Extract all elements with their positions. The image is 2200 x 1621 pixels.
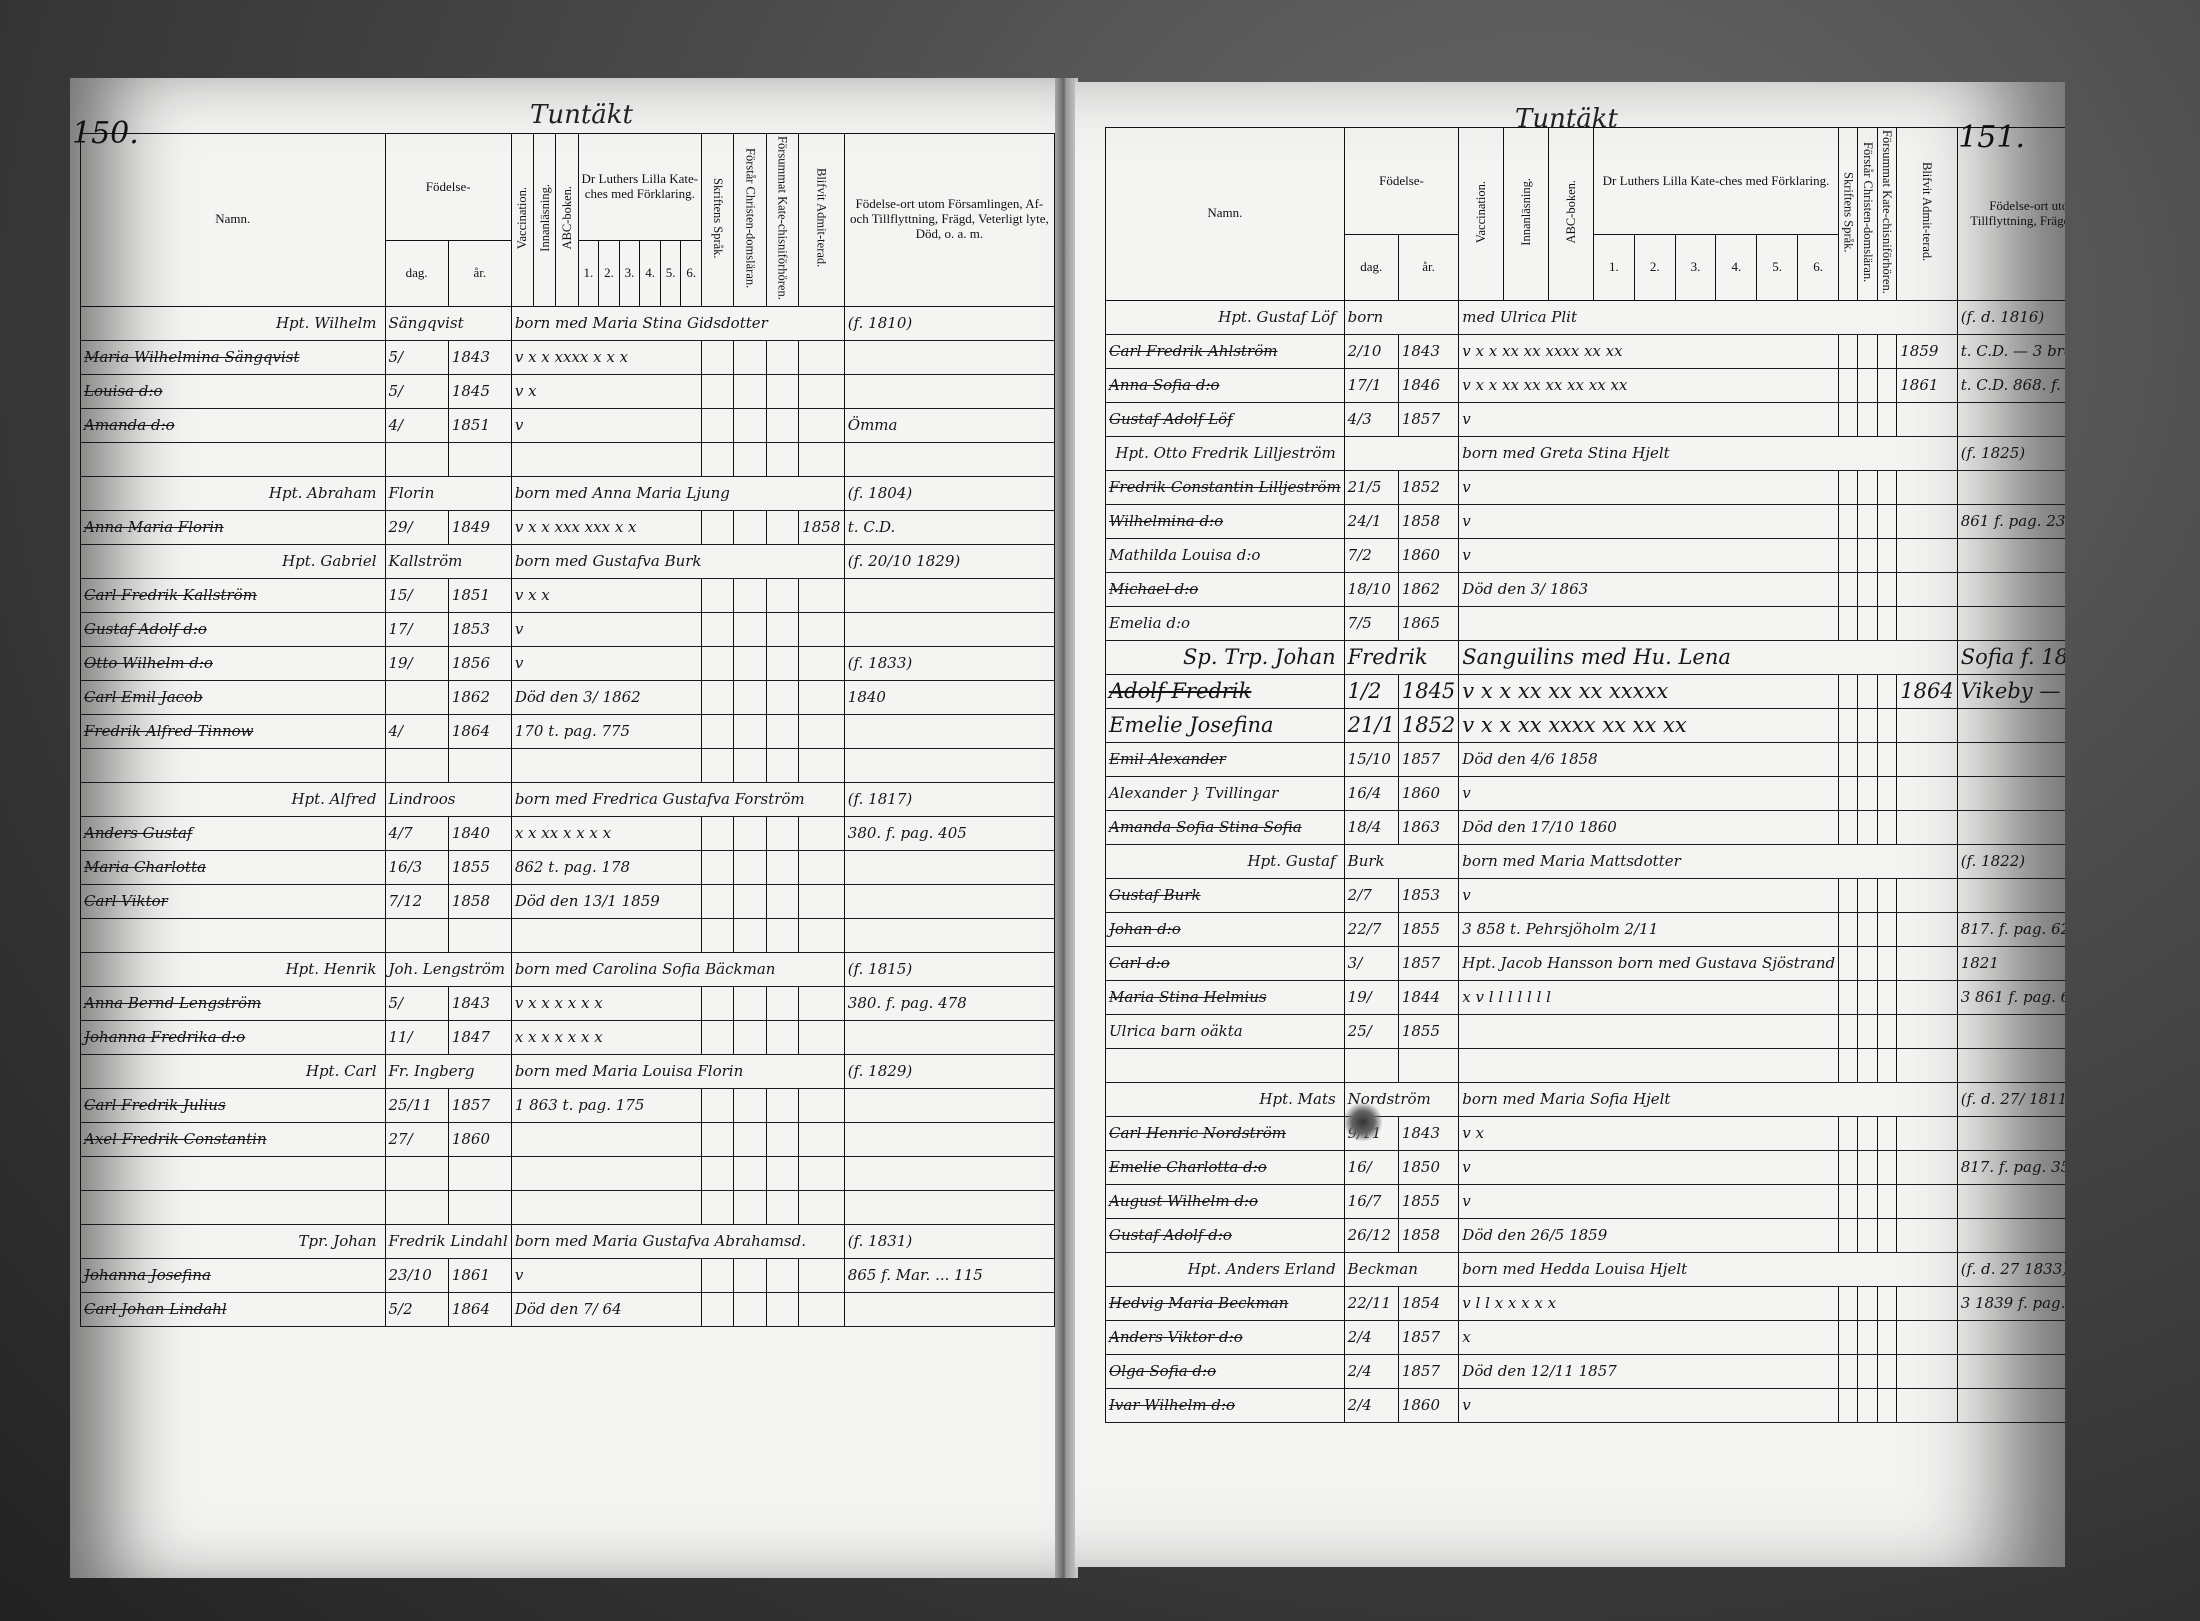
- marks-cell: v l l x x x x x: [1459, 1286, 1839, 1320]
- household-head-row: Hpt. AbrahamFlorinborn med Anna Maria Lj…: [81, 476, 1055, 510]
- skriftens-sprak-cell: [1839, 606, 1858, 640]
- remarks-cell: Sofia f. 18 6/2 22: [1957, 640, 2065, 674]
- birth-year-cell: 1855: [448, 850, 511, 884]
- name-cell: Anna Maria Florin: [81, 510, 386, 544]
- header-vaccination: Vaccination.: [1459, 128, 1504, 301]
- forsummat-cell: [1877, 572, 1896, 606]
- name-cell: Sp. Trp. Johan: [1106, 640, 1345, 674]
- forsummat-cell: [1877, 402, 1896, 436]
- marks-cell: v x x xx xxxx xx xx xx: [1459, 708, 1839, 742]
- birth-day-cell: 16/3: [385, 850, 448, 884]
- admitterad-cell: 1858: [799, 510, 845, 544]
- birth-year-cell: 1857: [1398, 742, 1458, 776]
- surname-cell: Lindroos: [385, 782, 511, 816]
- birth-year-cell: 1845: [448, 374, 511, 408]
- admitterad-cell: [1897, 742, 1957, 776]
- skriftens-sprak-cell: [702, 884, 734, 918]
- surname-cell: Burk: [1344, 844, 1459, 878]
- forstar-cell: [734, 408, 766, 442]
- name-cell: [81, 1156, 386, 1190]
- household-head-row: Hpt. HenrikJoh. Lengströmborn med Caroli…: [81, 952, 1055, 986]
- person-row: Gustaf Burk2/71853v: [1106, 878, 2066, 912]
- marks-cell: v x x: [511, 578, 701, 612]
- surname-cell: born: [1344, 300, 1459, 334]
- header-vaccination: Vaccination.: [511, 134, 533, 307]
- marks-cell: v x x xxxx x x x: [511, 340, 701, 374]
- birth-day-cell: 4/7: [385, 816, 448, 850]
- marriage-cell: born med Fredrica Gustafva Forström: [511, 782, 844, 816]
- admitterad-cell: [1897, 1354, 1957, 1388]
- blank-row: [1106, 1048, 2066, 1082]
- header-abc-boken: ABC-boken.: [1549, 128, 1594, 301]
- remarks-cell: 1821: [1957, 946, 2065, 980]
- admitterad-cell: [1897, 1048, 1957, 1082]
- forsummat-cell: [766, 1292, 798, 1326]
- skriftens-sprak-cell: [1839, 674, 1858, 708]
- birth-day-cell: 7/2: [1344, 538, 1398, 572]
- skriftens-sprak-cell: [702, 1156, 734, 1190]
- birth-year-cell: [1398, 1048, 1458, 1082]
- marks-cell: x v l l l l l l l: [1459, 980, 1839, 1014]
- name-cell: Tpr. Johan: [81, 1224, 386, 1258]
- person-row: Carl Johan Lindahl5/21864Död den 7/ 64: [81, 1292, 1055, 1326]
- forsummat-cell: [1877, 980, 1896, 1014]
- surname-cell: Florin: [385, 476, 511, 510]
- birth-day-cell: 1/2: [1344, 674, 1398, 708]
- header-abc-boken: ABC-boken.: [556, 134, 578, 307]
- person-row: Carl Emil Jacob1862Död den 3/ 18621840: [81, 680, 1055, 714]
- name-cell: Hpt. Carl: [81, 1054, 386, 1088]
- forsummat-cell: [1877, 674, 1896, 708]
- name-cell: Gustaf Adolf d:o: [1106, 1218, 1345, 1252]
- admitterad-cell: [1897, 1116, 1957, 1150]
- person-row: Wilhelmina d:o24/11858v861 f. pag. 239: [1106, 504, 2066, 538]
- forstar-cell: [1858, 538, 1877, 572]
- marks-cell: Död den 12/11 1857: [1459, 1354, 1839, 1388]
- skriftens-sprak-cell: [702, 748, 734, 782]
- marks-cell: Död den 3/ 1862: [511, 680, 701, 714]
- marks-cell: [511, 748, 701, 782]
- skriftens-sprak-cell: [1839, 1218, 1858, 1252]
- name-cell: Emelia d:o: [1106, 606, 1345, 640]
- birth-day-cell: 16/7: [1344, 1184, 1398, 1218]
- marks-cell: 170 t. pag. 775: [511, 714, 701, 748]
- marks-cell: [511, 918, 701, 952]
- forsummat-cell: [766, 986, 798, 1020]
- birth-day-cell: 24/1: [1344, 504, 1398, 538]
- remarks-cell: [844, 578, 1054, 612]
- forstar-cell: [734, 714, 766, 748]
- name-cell: Gustaf Adolf Löf: [1106, 402, 1345, 436]
- person-row: Carl Viktor7/121858Död den 13/1 1859: [81, 884, 1055, 918]
- forsummat-cell: [1877, 742, 1896, 776]
- admitterad-cell: [1897, 946, 1957, 980]
- forsummat-cell: [766, 340, 798, 374]
- birth-day-cell: 2/7: [1344, 878, 1398, 912]
- left-page: 150. Tuntäkt Namn. Födelse- Vaccination.…: [70, 78, 1055, 1578]
- admitterad-cell: [1897, 606, 1957, 640]
- forsummat-cell: [1877, 1218, 1896, 1252]
- admitterad-cell: [1897, 878, 1957, 912]
- forstar-cell: [1858, 1116, 1877, 1150]
- birth-day-cell: [385, 442, 448, 476]
- remarks-cell: [844, 340, 1054, 374]
- forsummat-cell: [1877, 1014, 1896, 1048]
- name-cell: Michael d:o: [1106, 572, 1345, 606]
- person-row: Hedvig Maria Beckman22/111854v l l x x x…: [1106, 1286, 2066, 1320]
- forstar-cell: [1858, 504, 1877, 538]
- forstar-cell: [734, 816, 766, 850]
- skriftens-sprak-cell: [1839, 946, 1858, 980]
- birth-year-cell: 1861: [448, 1258, 511, 1292]
- remarks-cell: [1957, 742, 2065, 776]
- register-table: Namn. Födelse- Vaccination. Innanläsning…: [80, 133, 1055, 1327]
- remarks-cell: [844, 1292, 1054, 1326]
- marks-cell: v x x xx xx xx xxxxx: [1459, 674, 1839, 708]
- birth-day-cell: 25/11: [385, 1088, 448, 1122]
- header-kat-3: 3.: [1675, 235, 1716, 301]
- birth-day-cell: 26/12: [1344, 1218, 1398, 1252]
- forsummat-cell: [1877, 1048, 1896, 1082]
- forstar-cell: [1858, 708, 1877, 742]
- marks-cell: [511, 1190, 701, 1224]
- person-row: Emelie Charlotta d:o16/1850v817. f. pag.…: [1106, 1150, 2066, 1184]
- marks-cell: Död den 26/5 1859: [1459, 1218, 1839, 1252]
- birth-day-cell: 5/: [385, 374, 448, 408]
- marks-cell: v: [1459, 538, 1839, 572]
- skriftens-sprak-cell: [702, 374, 734, 408]
- skriftens-sprak-cell: [1839, 334, 1858, 368]
- person-row: Adolf Fredrik1/21845v x x xx xx xx xxxxx…: [1106, 674, 2066, 708]
- birth-day-cell: 22/7: [1344, 912, 1398, 946]
- remarks-cell: [844, 1020, 1054, 1054]
- skriftens-sprak-cell: [1839, 708, 1858, 742]
- name-cell: Maria Charlotta: [81, 850, 386, 884]
- forstar-cell: [1858, 878, 1877, 912]
- person-row: Fredrik Alfred Tinnow4/1864170 t. pag. 7…: [81, 714, 1055, 748]
- forstar-cell: [1858, 1286, 1877, 1320]
- person-row: Gustaf Adolf d:o17/1853v: [81, 612, 1055, 646]
- remarks-cell: [844, 1088, 1054, 1122]
- person-row: Anna Sofia d:o17/11846v x x xx xx xx xx …: [1106, 368, 2066, 402]
- register-rows: Hpt. WilhelmSängqvistborn med Maria Stin…: [81, 306, 1055, 1326]
- remarks-cell: [844, 850, 1054, 884]
- header-forsummat: Försummat Kate-chisniförhören.: [766, 134, 798, 307]
- forstar-cell: [1858, 334, 1877, 368]
- admitterad-cell: [1897, 1320, 1957, 1354]
- remarks-cell: (f. 1804): [844, 476, 1054, 510]
- admitterad-cell: [1897, 1014, 1957, 1048]
- forstar-cell: [734, 680, 766, 714]
- forstar-cell: [734, 1156, 766, 1190]
- household-head-row: Hpt. GustafBurkborn med Maria Mattsdotte…: [1106, 844, 2066, 878]
- marks-cell: v: [511, 646, 701, 680]
- forsummat-cell: [1877, 606, 1896, 640]
- header-kat-3: 3.: [619, 241, 640, 307]
- admitterad-cell: [799, 1258, 845, 1292]
- name-cell: [81, 1190, 386, 1224]
- person-row: Johanna Fredrika d:o11/1847x x x x x x x: [81, 1020, 1055, 1054]
- person-row: Amanda d:o4/1851vÖmma: [81, 408, 1055, 442]
- forsummat-cell: [766, 1156, 798, 1190]
- birth-year-cell: 1844: [1398, 980, 1458, 1014]
- person-row: Johan d:o22/718553 858 t. Pehrsjöholm 2/…: [1106, 912, 2066, 946]
- skriftens-sprak-cell: [702, 442, 734, 476]
- remarks-cell: (f. 1817): [844, 782, 1054, 816]
- header-kat-5: 5.: [1757, 235, 1798, 301]
- birth-year-cell: 1858: [448, 884, 511, 918]
- remarks-cell: (f. d. 27 1833): [1957, 1252, 2065, 1286]
- skriftens-sprak-cell: [702, 1258, 734, 1292]
- name-cell: Anders Gustaf: [81, 816, 386, 850]
- remarks-cell: [1957, 1218, 2065, 1252]
- remarks-cell: [844, 1122, 1054, 1156]
- name-cell: Wilhelmina d:o: [1106, 504, 1345, 538]
- birth-year-cell: 1853: [1398, 878, 1458, 912]
- name-cell: Carl Emil Jacob: [81, 680, 386, 714]
- remarks-cell: 3 1839 f. pag. 650: [1957, 1286, 2065, 1320]
- person-row: Carl Fredrik Julius25/1118571 863 t. pag…: [81, 1088, 1055, 1122]
- forstar-cell: [1858, 980, 1877, 1014]
- skriftens-sprak-cell: [1839, 1388, 1858, 1422]
- birth-year-cell: 1857: [448, 1088, 511, 1122]
- forsummat-cell: [1877, 470, 1896, 504]
- forsummat-cell: [766, 1088, 798, 1122]
- admitterad-cell: [799, 884, 845, 918]
- forstar-cell: [1858, 1320, 1877, 1354]
- marks-cell: v: [1459, 1184, 1839, 1218]
- skriftens-sprak-cell: [1839, 1286, 1858, 1320]
- marks-cell: Hpt. Jacob Hansson born med Gustava Sjös…: [1459, 946, 1839, 980]
- remarks-cell: 817. f. pag. 356: [1957, 1150, 2065, 1184]
- remarks-cell: (f. 20/10 1829): [844, 544, 1054, 578]
- admitterad-cell: [799, 680, 845, 714]
- person-row: Louisa d:o5/1845v x: [81, 374, 1055, 408]
- remarks-cell: [1957, 1184, 2065, 1218]
- forstar-cell: [1858, 606, 1877, 640]
- admitterad-cell: [799, 442, 845, 476]
- marks-cell: v: [1459, 1388, 1839, 1422]
- forstar-cell: [1858, 912, 1877, 946]
- person-row: Carl d:o3/1857Hpt. Jacob Hansson born me…: [1106, 946, 2066, 980]
- birth-day-cell: 21/5: [1344, 470, 1398, 504]
- admitterad-cell: [1897, 538, 1957, 572]
- marks-cell: 1 863 t. pag. 175: [511, 1088, 701, 1122]
- ink-blot: [1343, 1102, 1383, 1142]
- marks-cell: Död den 13/1 1859: [511, 884, 701, 918]
- person-row: Emil Alexander15/101857Död den 4/6 1858: [1106, 742, 2066, 776]
- forstar-cell: [734, 1258, 766, 1292]
- forsummat-cell: [766, 612, 798, 646]
- forstar-cell: [734, 748, 766, 782]
- forstar-cell: [1858, 368, 1877, 402]
- marriage-cell: born med Carolina Sofia Bäckman: [511, 952, 844, 986]
- header-kat-4: 4.: [1716, 235, 1757, 301]
- admitterad-cell: [1897, 980, 1957, 1014]
- admitterad-cell: [799, 612, 845, 646]
- birth-year-cell: 1860: [1398, 538, 1458, 572]
- marks-cell: v: [511, 612, 701, 646]
- forstar-cell: [1858, 402, 1877, 436]
- birth-year-cell: [448, 1156, 511, 1190]
- skriftens-sprak-cell: [1839, 810, 1858, 844]
- name-cell: Johanna Josefina: [81, 1258, 386, 1292]
- skriftens-sprak-cell: [1839, 878, 1858, 912]
- admitterad-cell: [799, 646, 845, 680]
- forstar-cell: [734, 850, 766, 884]
- forsummat-cell: [766, 374, 798, 408]
- skriftens-sprak-cell: [1839, 470, 1858, 504]
- header-kat-1: 1.: [578, 241, 599, 307]
- person-row: Emelie Josefina21/11852v x x xx xxxx xx …: [1106, 708, 2066, 742]
- admitterad-cell: [799, 1292, 845, 1326]
- surname-cell: Kallström: [385, 544, 511, 578]
- marks-cell: [511, 1122, 701, 1156]
- birth-year-cell: 1851: [448, 408, 511, 442]
- birth-year-cell: 1850: [1398, 1150, 1458, 1184]
- forstar-cell: [1858, 776, 1877, 810]
- marks-cell: x x xx x x x x: [511, 816, 701, 850]
- birth-year-cell: 1853: [448, 612, 511, 646]
- name-cell: Ivar Wilhelm d:o: [1106, 1388, 1345, 1422]
- admitterad-cell: [799, 850, 845, 884]
- surname-cell: Fr. Ingberg: [385, 1054, 511, 1088]
- forsummat-cell: [766, 510, 798, 544]
- skriftens-sprak-cell: [1839, 1116, 1858, 1150]
- header-admitterad: Blifvit Admit-terad.: [1897, 128, 1957, 301]
- birth-year-cell: 1845: [1398, 674, 1458, 708]
- birth-year-cell: 1864: [448, 714, 511, 748]
- name-cell: Ulrica barn oäkta: [1106, 1014, 1345, 1048]
- skriftens-sprak-cell: [702, 1190, 734, 1224]
- forstar-cell: [734, 578, 766, 612]
- birth-day-cell: 4/: [385, 408, 448, 442]
- birth-day-cell: 3/: [1344, 946, 1398, 980]
- blank-row: [81, 918, 1055, 952]
- admitterad-cell: [1897, 708, 1957, 742]
- name-cell: Hpt. Mats: [1106, 1082, 1345, 1116]
- birth-year-cell: 1855: [1398, 1184, 1458, 1218]
- name-cell: Hpt. Gustaf Löf: [1106, 300, 1345, 334]
- forsummat-cell: [766, 1258, 798, 1292]
- header-forstar: Förstår Christen-domsläran.: [734, 134, 766, 307]
- forsummat-cell: [1877, 1286, 1896, 1320]
- forstar-cell: [734, 612, 766, 646]
- birth-year-cell: 1862: [1398, 572, 1458, 606]
- person-row: Michael d:o18/101862Död den 3/ 1863: [1106, 572, 2066, 606]
- surname-cell: [1344, 436, 1459, 470]
- name-cell: Adolf Fredrik: [1106, 674, 1345, 708]
- name-cell: August Wilhelm d:o: [1106, 1184, 1345, 1218]
- admitterad-cell: [799, 408, 845, 442]
- header-kat-2: 2.: [1634, 235, 1675, 301]
- person-row: Carl Fredrik Kallström15/1851v x x: [81, 578, 1055, 612]
- name-cell: Carl d:o: [1106, 946, 1345, 980]
- marriage-cell: born med Hedda Louisa Hjelt: [1459, 1252, 1957, 1286]
- remarks-cell: [844, 884, 1054, 918]
- birth-year-cell: 1862: [448, 680, 511, 714]
- birth-day-cell: 7/5: [1344, 606, 1398, 640]
- remarks-cell: 380. f. pag. 405: [844, 816, 1054, 850]
- household-head-row: Hpt. Otto Fredrik Lilljeströmborn med Gr…: [1106, 436, 2066, 470]
- name-cell: Carl Johan Lindahl: [81, 1292, 386, 1326]
- birth-year-cell: 1855: [1398, 912, 1458, 946]
- birth-year-cell: 1852: [1398, 470, 1458, 504]
- skriftens-sprak-cell: [702, 714, 734, 748]
- remarks-cell: (f. 1833): [844, 646, 1054, 680]
- birth-year-cell: 1860: [448, 1122, 511, 1156]
- header-innanlasning: Innanläsning.: [534, 134, 556, 307]
- marriage-cell: born med Gustafva Burk: [511, 544, 844, 578]
- surname-cell: Fredrik Lindahl: [385, 1224, 511, 1258]
- blank-row: [81, 748, 1055, 782]
- remarks-cell: [1957, 1320, 2065, 1354]
- admitterad-cell: [799, 1088, 845, 1122]
- remarks-cell: (f. 1822): [1957, 844, 2065, 878]
- remarks-cell: [1957, 470, 2065, 504]
- name-cell: Olga Sofia d:o: [1106, 1354, 1345, 1388]
- household-head-row: Hpt. MatsNordströmborn med Maria Sofia H…: [1106, 1082, 2066, 1116]
- name-cell: Hpt. Gabriel: [81, 544, 386, 578]
- marks-cell: v x x x x x x: [511, 986, 701, 1020]
- forsummat-cell: [766, 918, 798, 952]
- name-cell: Hpt. Anders Erland: [1106, 1252, 1345, 1286]
- household-head-row: Hpt. WilhelmSängqvistborn med Maria Stin…: [81, 306, 1055, 340]
- admitterad-cell: [799, 748, 845, 782]
- forsummat-cell: [1877, 504, 1896, 538]
- name-cell: Gustaf Burk: [1106, 878, 1345, 912]
- blank-row: [81, 442, 1055, 476]
- name-cell: Otto Wilhelm d:o: [81, 646, 386, 680]
- header-kat-1: 1.: [1593, 235, 1634, 301]
- birth-year-cell: 1849: [448, 510, 511, 544]
- name-cell: Carl Henric Nordström: [1106, 1116, 1345, 1150]
- birth-day-cell: 15/: [385, 578, 448, 612]
- remarks-cell: (f. 1829): [844, 1054, 1054, 1088]
- forsummat-cell: [1877, 1150, 1896, 1184]
- forstar-cell: [1858, 674, 1877, 708]
- birth-day-cell: 18/4: [1344, 810, 1398, 844]
- forsummat-cell: [766, 680, 798, 714]
- birth-year-cell: 1857: [1398, 946, 1458, 980]
- skriftens-sprak-cell: [702, 578, 734, 612]
- name-cell: Fredrik Constantin Lilljeström: [1106, 470, 1345, 504]
- skriftens-sprak-cell: [1839, 1048, 1858, 1082]
- birth-year-cell: 1852: [1398, 708, 1458, 742]
- skriftens-sprak-cell: [1839, 538, 1858, 572]
- forsummat-cell: [1877, 1354, 1896, 1388]
- admitterad-cell: [1897, 1150, 1957, 1184]
- person-row: Maria Stina Helmius19/1844x v l l l l l …: [1106, 980, 2066, 1014]
- person-row: Anna Bernd Lengström5/1843v x x x x x x3…: [81, 986, 1055, 1020]
- name-cell: Hpt. Henrik: [81, 952, 386, 986]
- remarks-cell: 817. f. pag. 62: [1957, 912, 2065, 946]
- skriftens-sprak-cell: [1839, 368, 1858, 402]
- forsummat-cell: [1877, 946, 1896, 980]
- header-kat-4: 4.: [640, 241, 661, 307]
- header-namn: Namn.: [81, 134, 386, 307]
- name-cell: Emelie Charlotta d:o: [1106, 1150, 1345, 1184]
- forsummat-cell: [766, 408, 798, 442]
- remarks-cell: [844, 1190, 1054, 1224]
- forstar-cell: [1858, 810, 1877, 844]
- header-katekes: Dr Luthers Lilla Kate-ches med Förklarin…: [1593, 128, 1838, 235]
- header-fodelse: Födelse-: [385, 134, 511, 241]
- marks-cell: Död den 4/6 1858: [1459, 742, 1839, 776]
- remarks-cell: 3 861 f. pag. 673: [1957, 980, 2065, 1014]
- forstar-cell: [1858, 1184, 1877, 1218]
- forstar-cell: [734, 442, 766, 476]
